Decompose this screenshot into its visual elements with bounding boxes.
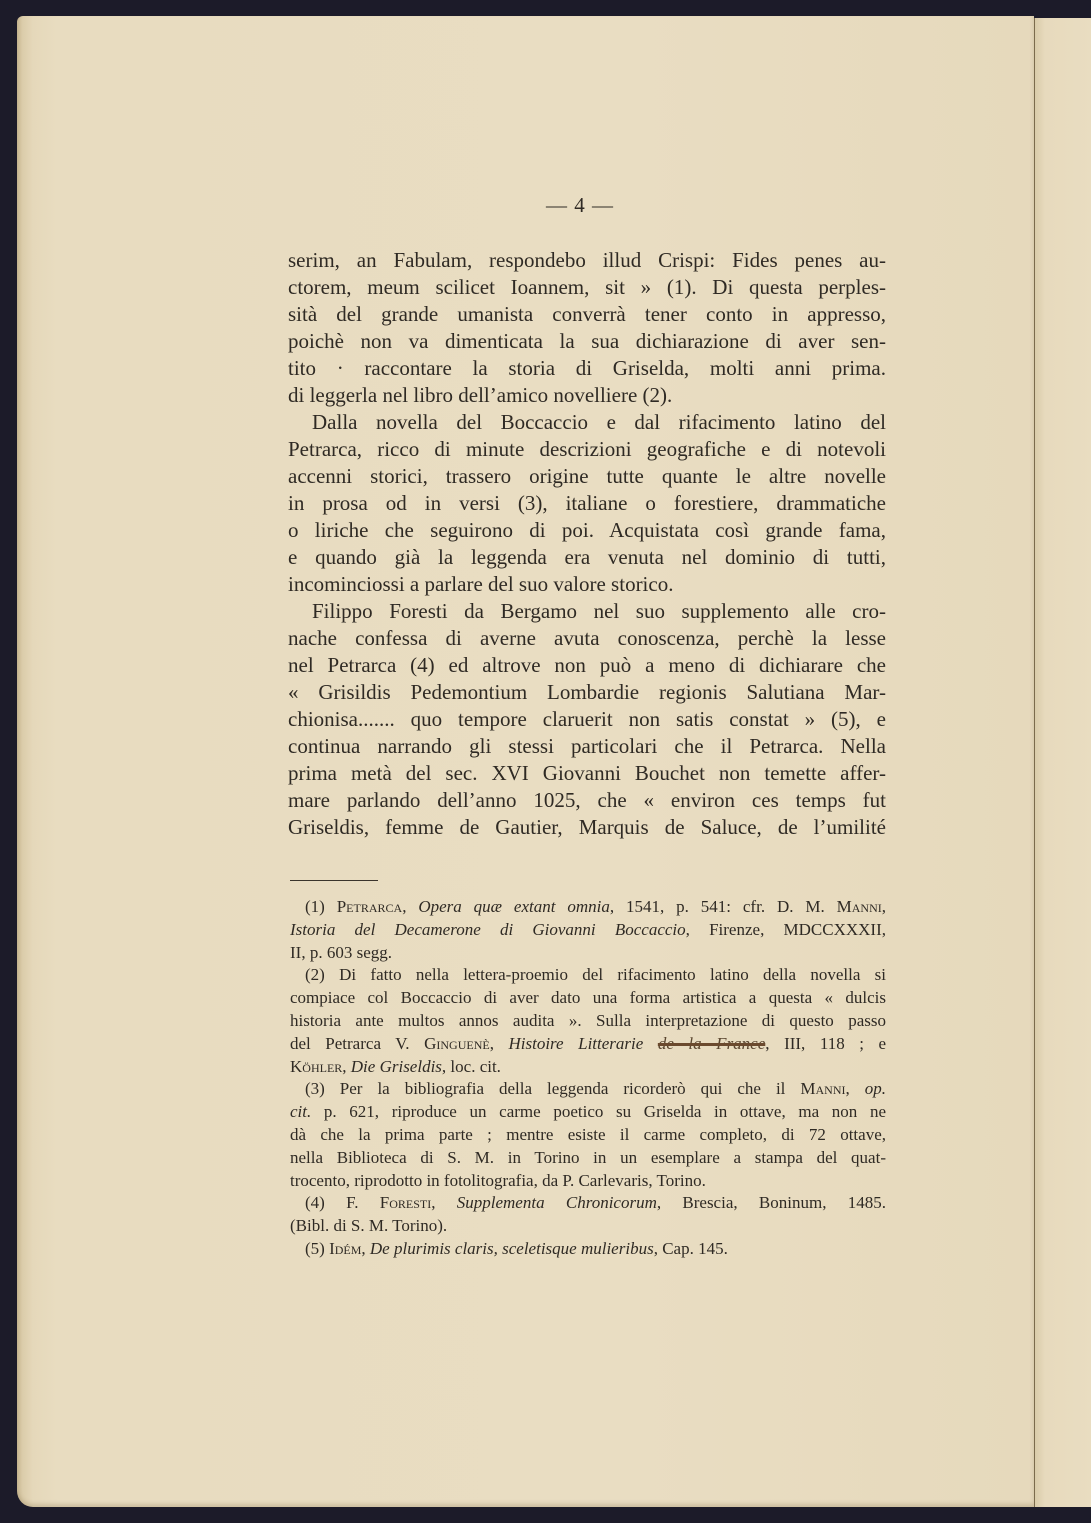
text-line: continua narrando gli stessi particolari… — [288, 733, 886, 760]
text-run: Supplementa Chronicorum — [457, 1193, 657, 1212]
text-run: Petrarca — [337, 897, 402, 916]
footnote-1: (1) Petrarca, Opera quæ extant omnia, 15… — [290, 896, 886, 964]
text-line: historia ante multos annos audita ». Sul… — [290, 1010, 886, 1033]
text-run: , — [882, 897, 886, 916]
text-run: Foresti — [380, 1193, 431, 1212]
text-run: (5) — [305, 1239, 329, 1258]
text-line: in prosa od in versi (3), italiane o for… — [288, 490, 886, 517]
text-line: nella Biblioteca di S. M. in Torino in u… — [290, 1147, 886, 1170]
text-line: del Petrarca V. Ginguenè, Histoire Litte… — [290, 1033, 886, 1056]
text-run: , Brescia, Boninum, 1485. — [657, 1193, 886, 1212]
text-run: (1) — [305, 897, 337, 916]
text-line: serim, an Fabulam, respondebo illud Cris… — [288, 247, 886, 274]
text-run: « Grisildis Pedemontium Lombardie region… — [288, 680, 886, 704]
text-run: (2) Di fatto nella lettera-proemio del r… — [305, 965, 886, 984]
text-line: tito · raccontare la storia di Griselda,… — [288, 355, 886, 382]
text-run: Histoire Litterarie — [509, 1034, 658, 1053]
text-line: Filippo Foresti da Bergamo nel suo suppl… — [288, 598, 886, 625]
text-line: (1) Petrarca, Opera quæ extant omnia, 15… — [290, 896, 886, 919]
paragraph-1: serim, an Fabulam, respondebo illud Cris… — [288, 247, 886, 409]
text-run: di leggerla nel libro dell’amico novelli… — [288, 383, 672, 407]
text-run: , — [402, 897, 418, 916]
text-line: di leggerla nel libro dell’amico novelli… — [288, 382, 886, 409]
text-line: nel Petrarca (4) ed altrove non può a me… — [288, 652, 886, 679]
text-run: trocento, riprodotto in fotolitografia, … — [290, 1171, 706, 1190]
text-line: Dalla novella del Boccaccio e dal rifaci… — [288, 409, 886, 436]
text-run: Ginguenè — [424, 1034, 490, 1053]
text-run: Manni — [800, 1079, 845, 1098]
text-run: e quando già la leggenda era venuta nel … — [288, 545, 886, 569]
text-run: cit. — [290, 1102, 311, 1121]
text-line: mare parlando dell’anno 1025, che « envi… — [288, 787, 886, 814]
text-run: de la France — [658, 1034, 765, 1053]
footnote-4: (4) F. Foresti, Supplementa Chronicorum,… — [290, 1192, 886, 1238]
text-line: Petrarca, ricco di minute descrizioni ge… — [288, 436, 886, 463]
text-run: in prosa od in versi (3), italiane o for… — [288, 491, 886, 515]
text-run: nella Biblioteca di S. M. in Torino in u… — [290, 1148, 886, 1167]
text-run: De plurimis claris, sceletisque mulierib… — [370, 1239, 654, 1258]
text-run: sità del grande umanista converrà tener … — [288, 302, 886, 326]
text-run: p. 621, riproduce un carme poetico su Gr… — [311, 1102, 886, 1121]
paragraph-2: Dalla novella del Boccaccio e dal rifaci… — [288, 409, 886, 598]
text-line: compiace col Boccaccio di aver dato una … — [290, 987, 886, 1010]
text-line: poichè non va dimenticata la sua dichiar… — [288, 328, 886, 355]
text-run: accenni storici, trassero origine tutte … — [288, 464, 886, 488]
text-run: del Petrarca V. — [290, 1034, 424, 1053]
text-line: dà che la prima parte ; mentre esiste il… — [290, 1124, 886, 1147]
text-line: Köhler, Die Griseldis, loc. cit. — [290, 1056, 886, 1079]
text-run: (Bibl. di S. M. Torino). — [290, 1216, 447, 1235]
text-run: ctorem, meum scilicet Ioannem, sit » (1)… — [288, 275, 886, 299]
text-run: o liriche che seguirono di poi. Acquista… — [288, 518, 886, 542]
text-run: prima metà del sec. XVI Giovanni Bouchet… — [288, 761, 886, 785]
text-line: cit. p. 621, riproduce un carme poetico … — [290, 1101, 886, 1124]
text-run: serim, an Fabulam, respondebo illud Cris… — [288, 248, 886, 272]
footnote-separator — [290, 880, 378, 881]
book-page: — 4 — serim, an Fabulam, respondebo illu… — [17, 16, 1034, 1507]
text-run: mare parlando dell’anno 1025, che « envi… — [288, 788, 886, 812]
text-run: Idém — [329, 1239, 361, 1258]
text-line: « Grisildis Pedemontium Lombardie region… — [288, 679, 886, 706]
text-run: poichè non va dimenticata la sua dichiar… — [288, 329, 886, 353]
text-run: , — [490, 1034, 509, 1053]
text-line: II, p. 603 segg. — [290, 942, 886, 965]
text-run: , — [342, 1057, 351, 1076]
text-run: dà che la prima parte ; mentre esiste il… — [290, 1125, 886, 1144]
text-run: , — [846, 1079, 865, 1098]
text-line: (5) Idém, De plurimis claris, sceletisqu… — [290, 1238, 886, 1261]
footnote-3: (3) Per la bibliografia della leggenda r… — [290, 1078, 886, 1192]
text-run: nel Petrarca (4) ed altrove non può a me… — [288, 653, 886, 677]
text-run: , 1541, p. 541: cfr. D. M. — [610, 897, 837, 916]
text-line: o liriche che seguirono di poi. Acquista… — [288, 517, 886, 544]
text-run: Manni — [837, 897, 882, 916]
body-text: serim, an Fabulam, respondebo illud Cris… — [288, 247, 886, 841]
footnote-2: (2) Di fatto nella lettera-proemio del r… — [290, 964, 886, 1078]
text-run: Petrarca, ricco di minute descrizioni ge… — [288, 437, 886, 461]
text-run: , — [431, 1193, 457, 1212]
text-run: (4) F. — [305, 1193, 380, 1212]
text-line: trocento, riprodotto in fotolitografia, … — [290, 1170, 886, 1193]
text-run: op. — [865, 1079, 886, 1098]
text-line: incominciossi a parlare del suo valore s… — [288, 571, 886, 598]
text-line: Griseldis, femme de Gautier, Marquis de … — [288, 814, 886, 841]
text-run: (3) Per la bibliografia della leggenda r… — [305, 1079, 800, 1098]
text-run: tito · raccontare la storia di Griselda,… — [288, 356, 886, 380]
text-line: e quando già la leggenda era venuta nel … — [288, 544, 886, 571]
text-run: , — [361, 1239, 370, 1258]
text-line: (2) Di fatto nella lettera-proemio del r… — [290, 964, 886, 987]
text-run: Istoria del Decamerone di Giovanni Bocca… — [290, 920, 686, 939]
text-run: continua narrando gli stessi particolari… — [288, 734, 886, 758]
page-number: — 4 — — [480, 192, 680, 219]
text-run: II, p. 603 segg. — [290, 943, 392, 962]
text-line: (4) F. Foresti, Supplementa Chronicorum,… — [290, 1192, 886, 1215]
text-line: chionisa....... quo tempore claruerit no… — [288, 706, 886, 733]
text-run: nache confessa di averne avuta conoscenz… — [288, 626, 886, 650]
text-line: ctorem, meum scilicet Ioannem, sit » (1)… — [288, 274, 886, 301]
text-run: Filippo Foresti da Bergamo nel suo suppl… — [312, 599, 886, 623]
text-run: Köhler — [290, 1057, 342, 1076]
text-run: Dalla novella del Boccaccio e dal rifaci… — [312, 410, 886, 434]
text-line: prima metà del sec. XVI Giovanni Bouchet… — [288, 760, 886, 787]
text-run: Griseldis, femme de Gautier, Marquis de … — [288, 815, 886, 839]
adjacent-page-edge — [1034, 18, 1091, 1507]
text-run: compiace col Boccaccio di aver dato una … — [290, 988, 886, 1007]
text-run: historia ante multos annos audita ». Sul… — [290, 1011, 886, 1030]
footnotes: (1) Petrarca, Opera quæ extant omnia, 15… — [290, 896, 886, 1261]
text-run: Die Griseldis — [351, 1057, 442, 1076]
text-run: chionisa....... quo tempore claruerit no… — [288, 707, 886, 731]
paragraph-3: Filippo Foresti da Bergamo nel suo suppl… — [288, 598, 886, 841]
text-line: Istoria del Decamerone di Giovanni Bocca… — [290, 919, 886, 942]
text-line: accenni storici, trassero origine tutte … — [288, 463, 886, 490]
text-run: incominciossi a parlare del suo valore s… — [288, 572, 673, 596]
text-run: , III, 118 ; e — [765, 1034, 886, 1053]
text-line: sità del grande umanista converrà tener … — [288, 301, 886, 328]
text-run: Opera quæ extant omnia — [418, 897, 610, 916]
text-line: nache confessa di averne avuta conoscenz… — [288, 625, 886, 652]
text-run: , Firenze, MDCCXXXII, — [686, 920, 886, 939]
text-run: , loc. cit. — [442, 1057, 501, 1076]
text-line: (Bibl. di S. M. Torino). — [290, 1215, 886, 1238]
text-run: , Cap. 145. — [654, 1239, 728, 1258]
footnote-5: (5) Idém, De plurimis claris, sceletisqu… — [290, 1238, 886, 1261]
text-line: (3) Per la bibliografia della leggenda r… — [290, 1078, 886, 1101]
